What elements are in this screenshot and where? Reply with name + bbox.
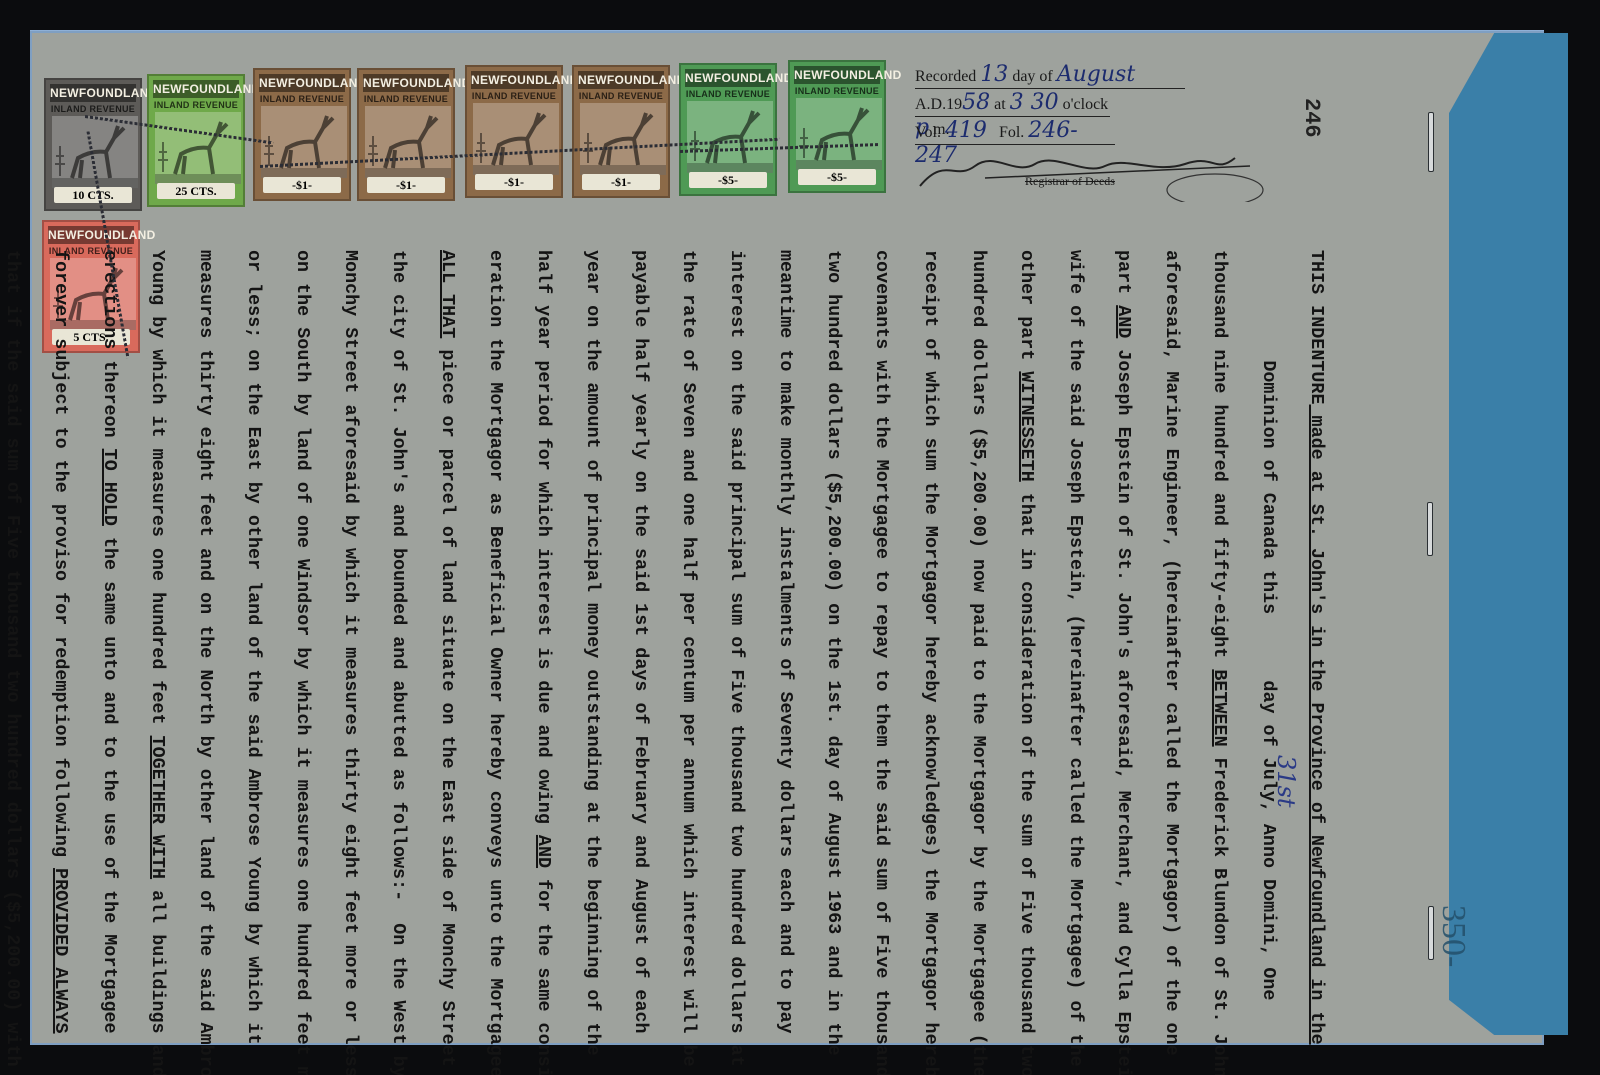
recorded-year: 58 bbox=[962, 90, 990, 115]
indenture-line: or less; on the East by other land of th… bbox=[229, 250, 277, 1050]
indenture-line: interest on the said principal sum of Fi… bbox=[712, 250, 760, 1050]
revenue-stamp: NEWFOUNDLANDINLAND REVENUE-$1- bbox=[253, 68, 351, 201]
indenture-line: covenants with the Mortgagee to repay to… bbox=[857, 250, 905, 1050]
stamp-country: NEWFOUNDLAND bbox=[48, 226, 134, 244]
stamp-country: NEWFOUNDLAND bbox=[685, 69, 771, 87]
stamp-label: INLAND REVENUE bbox=[255, 94, 349, 104]
indenture-line: that if the said sum of Five thousand tw… bbox=[0, 250, 36, 1050]
fol-label: Fol. bbox=[999, 124, 1024, 141]
indenture-line: receipt of which sum the Mortgagor hereb… bbox=[905, 250, 953, 1050]
page-number: 246 bbox=[1299, 98, 1324, 138]
stamp-country: NEWFOUNDLAND bbox=[794, 66, 880, 84]
recorded-month: August bbox=[1057, 62, 1135, 87]
stamp-value: 25 CTS. bbox=[157, 183, 235, 199]
stamp-country: NEWFOUNDLAND bbox=[471, 71, 557, 89]
at-label: at bbox=[994, 96, 1006, 113]
registrar-label: Registrar of Deeds bbox=[1025, 174, 1115, 189]
indenture-line: aforesaid, Marine Engineer, (hereinafter… bbox=[1147, 250, 1195, 1050]
stamp-label: INLAND REVENUE bbox=[149, 100, 243, 110]
indenture-line: Monchy Street aforesaid by which it meas… bbox=[326, 250, 374, 1050]
indenture-line: ALL THAT piece or parcel of land situate… bbox=[422, 250, 470, 1050]
indenture-line: on the South by land of one Windsor by w… bbox=[277, 250, 325, 1050]
caribou-icon bbox=[580, 103, 666, 175]
indenture-line: half year period for which interest is d… bbox=[519, 250, 567, 1050]
indenture-line: wife of the said Joseph Epstein, (herein… bbox=[1050, 250, 1098, 1050]
indenture-line: meantime to make monthly instalments of … bbox=[760, 250, 808, 1050]
stamp-country: NEWFOUNDLAND bbox=[578, 71, 664, 89]
recorded-line: Recorded 13 day of August bbox=[915, 62, 1185, 89]
indenture-line: the city of St. John's and bounded and a… bbox=[374, 250, 422, 1050]
blue-binding-tab bbox=[1449, 33, 1568, 1035]
caribou-icon bbox=[365, 106, 451, 178]
indenture-line: other part WITNESSETH that in considerat… bbox=[1002, 250, 1050, 1050]
indenture-line: part AND Joseph Epstein of St. John's af… bbox=[1099, 250, 1147, 1050]
indenture-line: measures thirty eight feet and on the No… bbox=[181, 250, 229, 1050]
oclock-label: o'clock bbox=[1063, 96, 1109, 113]
revenue-stamp: NEWFOUNDLANDINLAND REVENUE-$1- bbox=[572, 65, 670, 198]
stamp-country: NEWFOUNDLAND bbox=[363, 74, 449, 92]
stamp-value: -$1- bbox=[475, 174, 553, 190]
indenture-line: eration the Mortgagor as Beneficial Owne… bbox=[471, 250, 519, 1050]
indenture-line: payable half yearly on the said 1st days… bbox=[616, 250, 664, 1050]
vol-number: 419 bbox=[945, 118, 987, 143]
ad-label: A.D.19 bbox=[915, 96, 962, 113]
stamp-label: INLAND REVENUE bbox=[359, 94, 453, 104]
ad-line: A.D.1958 at 3 30 o'clock p m. bbox=[915, 90, 1110, 117]
indenture-body: THIS INDENTURE made at St. John's in the… bbox=[180, 250, 1340, 1050]
caribou-icon bbox=[473, 103, 559, 175]
indenture-line: the rate of Seven and one half per centu… bbox=[664, 250, 712, 1050]
stamp-value: -$5- bbox=[798, 169, 876, 185]
stamp-value: -$5- bbox=[689, 172, 767, 188]
indenture-line: erections thereon TO HOLD the same unto … bbox=[84, 250, 132, 1050]
recording-block: Recorded 13 day of August A.D.1958 at 3 … bbox=[915, 62, 1275, 202]
caribou-icon bbox=[796, 98, 882, 170]
recorded-time: 3 30 bbox=[1010, 90, 1059, 115]
tab-annotation: 350- bbox=[1434, 905, 1472, 967]
stamp-country: NEWFOUNDLAND bbox=[153, 80, 239, 98]
revenue-stamp: NEWFOUNDLANDINLAND REVENUE10 CTS. bbox=[44, 78, 142, 211]
indenture-line: Dominion of Canada this day of July, Ann… bbox=[1243, 250, 1291, 1050]
indenture-line: hundred dollars ($5,200.00) now paid to … bbox=[954, 250, 1002, 1050]
stamp-label: INLAND REVENUE bbox=[467, 91, 561, 101]
revenue-stamp: NEWFOUNDLANDINLAND REVENUE-$1- bbox=[465, 65, 563, 198]
caribou-icon bbox=[155, 112, 241, 184]
day-of-label: day of bbox=[1012, 68, 1052, 85]
staple-middle bbox=[1427, 502, 1433, 556]
stamp-label: INLAND REVENUE bbox=[681, 89, 775, 99]
caribou-icon bbox=[687, 101, 773, 173]
stamp-value: -$1- bbox=[263, 177, 341, 193]
stamp-country: NEWFOUNDLAND bbox=[259, 74, 345, 92]
staple-top bbox=[1428, 112, 1434, 172]
indenture-text: THIS INDENTURE made at St. John's in the… bbox=[0, 250, 1340, 1050]
handwritten-day: 31st bbox=[1272, 755, 1300, 808]
revenue-stamp: NEWFOUNDLANDINLAND REVENUE25 CTS. bbox=[147, 74, 245, 207]
stamp-country: NEWFOUNDLAND bbox=[50, 84, 136, 102]
stamp-value: -$1- bbox=[582, 174, 660, 190]
indenture-line: two hundred dollars ($5,200.00) on the 1… bbox=[809, 250, 857, 1050]
recorded-day: 13 bbox=[980, 62, 1008, 87]
stamp-value: -$1- bbox=[367, 177, 445, 193]
stamp-value: 10 CTS. bbox=[54, 187, 132, 203]
revenue-stamp: NEWFOUNDLANDINLAND REVENUE-$5- bbox=[788, 60, 886, 193]
indenture-line: thousand nine hundred and fifty-eight BE… bbox=[1195, 250, 1243, 1050]
indenture-line: year on the amount of principal money ou… bbox=[567, 250, 615, 1050]
revenue-stamp: NEWFOUNDLANDINLAND REVENUE-$1- bbox=[357, 68, 455, 201]
vol-fol-line: Vol. 419 Fol. 246-247 bbox=[915, 118, 1115, 145]
indenture-line: forever subject to the proviso for redem… bbox=[36, 250, 84, 1050]
indenture-line: THIS INDENTURE made at St. John's in the… bbox=[1292, 250, 1340, 1050]
indenture-line: Young by which it measures one hundred f… bbox=[133, 250, 181, 1050]
revenue-stamp: NEWFOUNDLANDINLAND REVENUE-$5- bbox=[679, 63, 777, 196]
recorded-label: Recorded bbox=[915, 68, 976, 85]
stamp-label: INLAND REVENUE bbox=[46, 104, 140, 114]
stamp-label: INLAND REVENUE bbox=[574, 91, 668, 101]
stamp-label: INLAND REVENUE bbox=[790, 86, 884, 96]
vol-label: Vol. bbox=[915, 124, 941, 141]
